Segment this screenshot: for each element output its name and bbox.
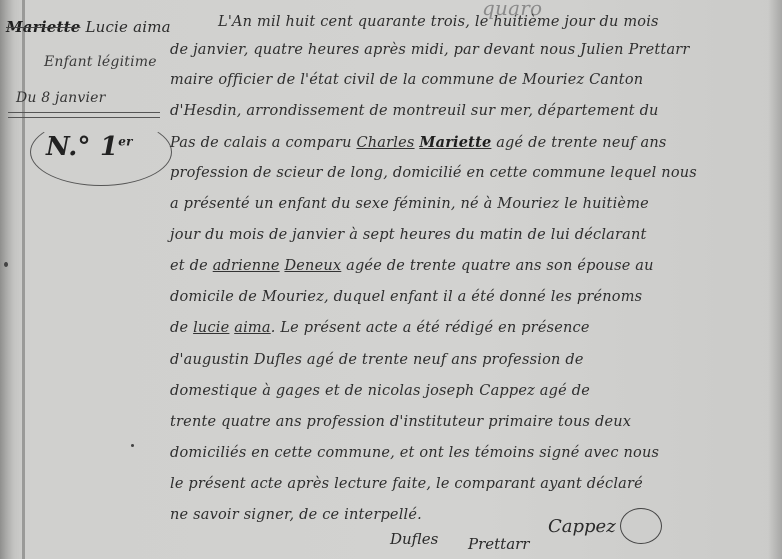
body-line-1: L'An mil huit cent quarante trois, le hu… (218, 14, 659, 30)
body-line-11-post: . Le présent acte a été rédigé en présen… (271, 320, 590, 336)
body-line-17: ne savoir signer, de ce interpellé. (170, 507, 422, 523)
margin-record-date: Du 8 janvier (16, 90, 106, 106)
body-line-9: et de adrienne Deneux agée de trente qua… (170, 258, 654, 274)
body-line-13: domestique à gages et de nicolas joseph … (170, 383, 590, 399)
body-line-5: Pas de calais a comparu Charles Mariette… (170, 134, 667, 151)
margin-surname: Mariette (6, 18, 80, 36)
entry-number: N.° 1 (46, 132, 118, 162)
margin-child-name: Mariette Lucie aima (6, 18, 171, 36)
body-line-16: le présent acte après lecture faite, le … (170, 476, 643, 492)
signature-prettarr: Prettarr (468, 535, 529, 553)
father-first-name: Charles (356, 135, 414, 151)
child-second-name: aima (234, 320, 270, 336)
body-line-11-pre: de (170, 320, 193, 336)
body-line-6: profession de scieur de long, domicilié … (170, 165, 697, 181)
body-line-10: domicile de Mouriez, duquel enfant il a … (170, 289, 642, 305)
body-line-15: domiciliés en cette commune, et ont les … (170, 445, 659, 461)
signature-flourish (620, 508, 662, 544)
margin-double-rule (8, 112, 160, 118)
signature-cappez: Cappez (548, 516, 616, 537)
signature-dufles: Dufles (390, 530, 438, 548)
entry-number-suffix: er (118, 134, 132, 148)
body-line-8: jour du mois de janvier à sept heures du… (170, 227, 647, 243)
father-surname: Mariette (419, 134, 491, 151)
mother-surname: Deneux (284, 258, 341, 274)
margin-legitimacy-status: Enfant légitime (44, 54, 157, 70)
mother-first-name: adrienne (213, 258, 280, 274)
body-line-5-pre: Pas de calais a comparu (170, 135, 356, 151)
body-line-5-post: agé de trente neuf ans (491, 135, 666, 151)
body-line-12: d'augustin Dufles agé de trente neuf ans… (170, 352, 584, 368)
child-first-name: lucie (193, 320, 229, 336)
body-line-7: a présenté un enfant du sexe féminin, né… (170, 196, 649, 212)
body-line-3: maire officier de l'état civil de la com… (170, 72, 643, 88)
body-line-9-post: agée de trente quatre ans son épouse au (341, 258, 653, 274)
body-line-14: trente quatre ans profession d'institute… (170, 414, 631, 430)
scanned-register-page: Mariette Lucie aima Enfant légitime Du 8… (0, 0, 782, 559)
body-line-11: de lucie aima. Le présent acte a été réd… (170, 320, 590, 336)
body-line-4: d'Hesdin, arrondissement de montreuil su… (170, 103, 659, 119)
body-line-2: de janvier, quatre heures après midi, pa… (170, 42, 690, 58)
margin-given-names: Lucie aima (85, 18, 170, 36)
body-line-9-pre: et de (170, 258, 213, 274)
ink-spot (4, 262, 8, 267)
margin-entry-number: N.° 1er (46, 132, 133, 162)
binding-gutter (22, 0, 25, 559)
ink-spot (131, 444, 134, 447)
